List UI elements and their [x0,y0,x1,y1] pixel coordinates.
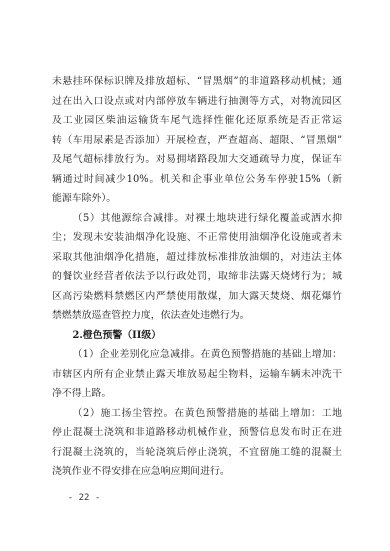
text-line: （1）企业差别化应急减排。在黄色预警措施的基础上增加： [52,345,342,365]
text-line: 尘；发现未安装油烟净化设施、不正常使用油烟净化设施或者未 [52,228,342,248]
text-line: 辆通过时间减少10%。机关和企事业单位公务车停驶15%（新 [52,170,342,190]
text-line: 停止混凝土浇筑和非道路移动机械作业，预警信息发布时正在进 [52,423,342,443]
text-line: 未悬挂环保标识牌及排放超标、“冒黑烟”的非道路移动机械；通 [52,72,342,92]
text-line: 净不得上路。 [52,384,342,404]
page-number: - 22 - [62,490,106,506]
text-line: 禁燃禁放巡查管控力度，依法查处违燃行为。 [52,306,342,326]
text-line: （5）其他源综合减排。对裸土地块进行绿化覆盖或洒水抑 [52,209,342,229]
section-heading-orange-alert: 2.橙色预警（II级） [52,326,342,346]
heading-line: 2.橙色预警（II级） [52,326,342,346]
text-line: 的餐饮业经营者依法予以行政处罚，取缔非法露天烧烤行为；城 [52,267,342,287]
document-page: 未悬挂环保标识牌及排放超标、“冒黑烟”的非道路移动机械；通 过在出入口设点或对内… [0,0,390,551]
text-line: 区高污染燃料禁燃区内严禁使用散煤，加大露天焚烧、烟花爆竹 [52,287,342,307]
document-body: 未悬挂环保标识牌及排放超标、“冒黑烟”的非道路移动机械；通 过在出入口设点或对内… [52,72,342,482]
text-line: 过在出入口设点或对内部停放车辆进行抽测等方式，对物流园区 [52,92,342,112]
text-line: （2）施工扬尘管控。在黄色预警措施的基础上增加：工地 [52,404,342,424]
text-line: 行混凝土浇筑的，当轮浇筑后停止浇筑，不宜留施工缝的混凝土 [52,443,342,463]
paragraph-continuation: 未悬挂环保标识牌及排放超标、“冒黑烟”的非道路移动机械；通 过在出入口设点或对内… [52,72,342,209]
text-line: 能源车除外）。 [52,189,342,209]
text-line: 市辖区内所有企业禁止露天堆放易起尘物料，运输车辆未冲洗干 [52,365,342,385]
text-line: 转（车用尿素是否添加）开展检查，严查超高、超限、“冒黑烟” [52,131,342,151]
text-line: 浇筑作业不得安排在应急响应期间进行。 [52,462,342,482]
paragraph-enterprise-reduction: （1）企业差别化应急减排。在黄色预警措施的基础上增加： 市辖区内所有企业禁止露天… [52,345,342,404]
text-line: 及工业园区柴油运输货车尾气选择性催化还原系统是否正常运 [52,111,342,131]
text-line: 采取其他油烟净化措施，超过排放标准排放油烟的，对违法主体 [52,248,342,268]
text-line: 及尾气超标排放行为。对易拥堵路段加大交通疏导力度，保证车 [52,150,342,170]
paragraph-other-sources: （5）其他源综合减排。对裸土地块进行绿化覆盖或洒水抑 尘；发现未安装油烟净化设施… [52,209,342,326]
paragraph-construction-dust: （2）施工扬尘管控。在黄色预警措施的基础上增加：工地 停止混凝土浇筑和非道路移动… [52,404,342,482]
